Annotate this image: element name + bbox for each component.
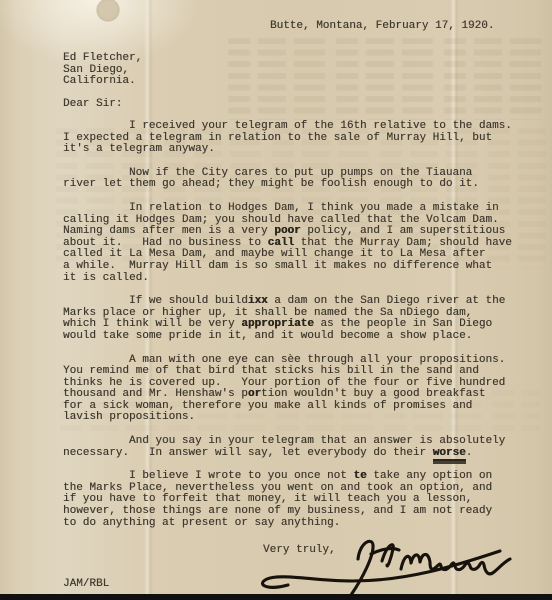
- paragraph-6: And you say in your telegram that an ans…: [63, 436, 533, 459]
- dateline: Butte, Montana, February 17, 1920.: [270, 21, 494, 33]
- paragraph-3: In relation to Hodges Dam, I think you m…: [63, 203, 533, 284]
- salutation: Dear Sir:: [63, 99, 122, 111]
- paragraph-7: I believe I wrote to you once not te tak…: [63, 471, 533, 529]
- paragraph-1: I received your telegram of the 16th rel…: [63, 121, 533, 156]
- address-line: California.: [63, 76, 142, 88]
- recipient-address: Ed Fletcher, San Diego, California.: [63, 53, 142, 88]
- typist-initials: JAM/RBL: [63, 579, 109, 591]
- paragraph-5: A man with one eye can sèe through all y…: [63, 355, 533, 425]
- paragraph-4: If we should buildixx a dam on the San D…: [63, 296, 533, 342]
- letter-body: I received your telegram of the 16th rel…: [63, 121, 533, 541]
- signature-scrawl: [254, 534, 516, 598]
- letter-page: Butte, Montana, February 17, 1920. Ed Fl…: [0, 0, 552, 600]
- address-line: Ed Fletcher,: [63, 53, 142, 65]
- scan-edge-border: [0, 594, 552, 600]
- ink-bleedthrough: [228, 38, 546, 120]
- paragraph-2: Now if the City cares to put up pumps on…: [63, 168, 533, 191]
